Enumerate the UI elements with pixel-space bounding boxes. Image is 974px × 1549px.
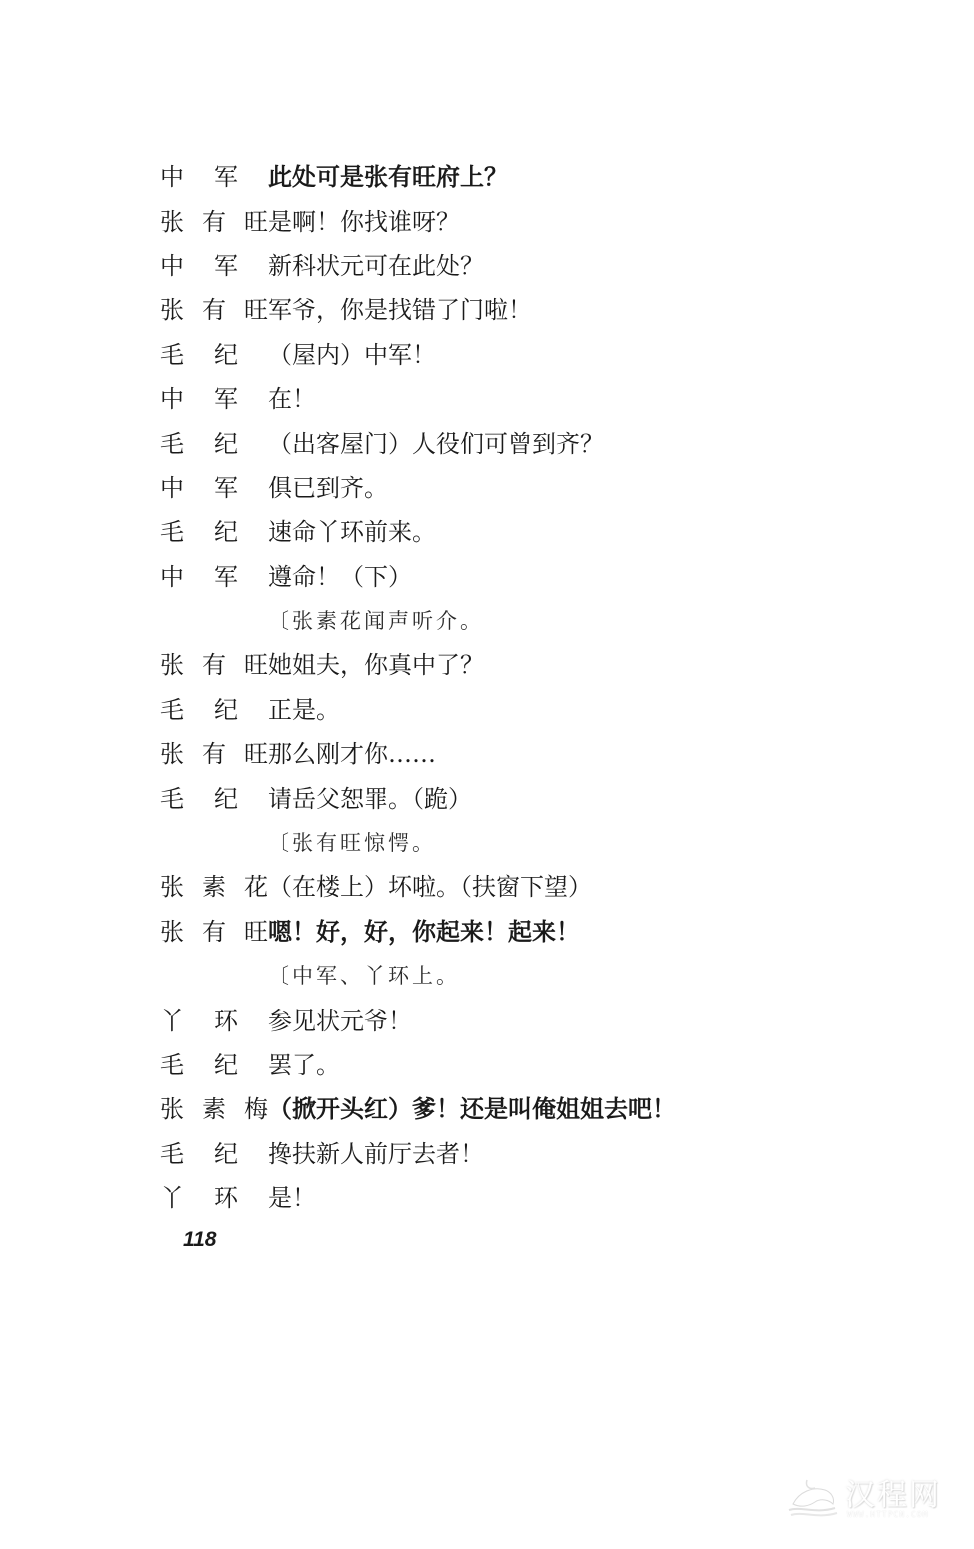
speech-text: 她姐夫，你真中了？ xyxy=(268,653,780,677)
speech-text: 新科状元可在此处？ xyxy=(268,254,780,278)
page-number: 118 xyxy=(183,1228,216,1252)
speaker-char: 纪 xyxy=(214,698,238,722)
speech-text: 此处可是张有旺府上？ xyxy=(268,165,780,189)
speaker-char: 纪 xyxy=(214,520,238,544)
watermark: 汉程网 WWW.HTTPCN.COM xyxy=(785,1470,970,1530)
speaker-name: 张有旺 xyxy=(160,210,268,234)
speaker-char: 梅 xyxy=(244,1097,268,1121)
speaker-name: 中军 xyxy=(160,254,268,278)
speaker-name: 中军 xyxy=(160,565,268,589)
speech-text: 遵命！（下） xyxy=(268,565,780,589)
speaker-name: 丫环 xyxy=(160,1009,268,1033)
speaker-name: 毛纪 xyxy=(160,698,268,722)
stage-direction-text: 〔张素花闻声听介。 xyxy=(160,611,484,632)
speech-text: （在楼上）坏啦。（扶窗下望） xyxy=(268,875,780,899)
speaker-char: 中 xyxy=(160,387,184,411)
speech-text: 罢了。 xyxy=(268,1053,780,1077)
speaker-name: 毛纪 xyxy=(160,787,268,811)
speaker-char: 素 xyxy=(202,1097,226,1121)
dialogue-line: 毛纪速命丫环前来。 xyxy=(160,510,780,554)
speaker-char: 纪 xyxy=(214,1142,238,1166)
speaker-char: 毛 xyxy=(160,698,184,722)
speech-text: 正是。 xyxy=(268,698,780,722)
speaker-name: 丫环 xyxy=(160,1186,268,1210)
stage-direction: 〔张素花闻声听介。 xyxy=(160,599,780,643)
watermark-url: WWW.HTTPCN.COM xyxy=(847,1510,928,1519)
speaker-name: 毛纪 xyxy=(160,343,268,367)
stage-direction-text: 〔张有旺惊愕。 xyxy=(160,833,436,854)
dialogue-line: 中军新科状元可在此处？ xyxy=(160,244,780,288)
speech-text: 是！ xyxy=(268,1186,780,1210)
stage-direction: 〔中军、丫环上。 xyxy=(160,954,780,998)
dialogue-line: 中军在！ xyxy=(160,377,780,421)
speech-text: 请岳父恕罪。（跪） xyxy=(268,787,780,811)
stage-direction-text: 〔中军、丫环上。 xyxy=(160,966,460,987)
speaker-char: 军 xyxy=(214,165,238,189)
speaker-char: 军 xyxy=(214,565,238,589)
speaker-char: 旺 xyxy=(244,653,268,677)
speaker-char: 张 xyxy=(160,653,184,677)
watermark-title: 汉程网 xyxy=(845,1470,941,1514)
speaker-char: 张 xyxy=(160,920,184,944)
speaker-name: 中军 xyxy=(160,165,268,189)
speech-text: 那么刚才你…… xyxy=(268,742,780,766)
speech-text: （出客屋门）人役们可曾到齐？ xyxy=(268,432,780,456)
speaker-char: 有 xyxy=(202,920,226,944)
speaker-char: 中 xyxy=(160,476,184,500)
speaker-char: 毛 xyxy=(160,1142,184,1166)
dialogue-line: 毛纪（出客屋门）人役们可曾到齐？ xyxy=(160,421,780,465)
speech-text: 俱已到齐。 xyxy=(268,476,780,500)
speech-text: 在！ xyxy=(268,387,780,411)
book-page: 中军此处可是张有旺府上？张有旺是啊！你找谁呀？中军新科状元可在此处？张有旺军爷，… xyxy=(0,0,974,1549)
speaker-char: 旺 xyxy=(244,210,268,234)
speech-text: 军爷，你是找错了门啦！ xyxy=(268,298,780,322)
dialogue-line: 张有旺军爷，你是找错了门啦！ xyxy=(160,288,780,332)
dialogue-line: 张有旺嗯！好，好，你起来！起来！ xyxy=(160,910,780,954)
dialogue-line: 张素梅（掀开头红）爹！还是叫俺姐姐去吧！ xyxy=(160,1087,780,1131)
speaker-char: 有 xyxy=(202,653,226,677)
speaker-char: 有 xyxy=(202,742,226,766)
speech-text: （掀开头红）爹！还是叫俺姐姐去吧！ xyxy=(268,1097,780,1121)
speaker-char: 旺 xyxy=(244,920,268,944)
speech-text: 嗯！好，好，你起来！起来！ xyxy=(268,920,780,944)
speaker-char: 张 xyxy=(160,1097,184,1121)
speaker-char: 毛 xyxy=(160,520,184,544)
dialogue-line: 毛纪罢了。 xyxy=(160,1043,780,1087)
speaker-char: 旺 xyxy=(244,298,268,322)
dialogue-line: 张有旺是啊！你找谁呀？ xyxy=(160,199,780,243)
speaker-char: 军 xyxy=(214,476,238,500)
speaker-char: 毛 xyxy=(160,432,184,456)
speaker-char: 毛 xyxy=(160,1053,184,1077)
speaker-name: 张素梅 xyxy=(160,1097,268,1121)
speaker-name: 毛纪 xyxy=(160,432,268,456)
speaker-char: 张 xyxy=(160,875,184,899)
dialogue-line: 丫环参见状元爷！ xyxy=(160,998,780,1042)
speaker-name: 张有旺 xyxy=(160,742,268,766)
speaker-name: 中军 xyxy=(160,387,268,411)
dialogue-line: 毛纪请岳父恕罪。（跪） xyxy=(160,776,780,820)
speaker-char: 丫 xyxy=(160,1009,184,1033)
dialogue-line: 丫环是！ xyxy=(160,1176,780,1220)
speaker-char: 张 xyxy=(160,742,184,766)
speaker-char: 中 xyxy=(160,565,184,589)
dialogue-line: 毛纪（屋内）中军！ xyxy=(160,333,780,377)
speaker-char: 素 xyxy=(202,875,226,899)
speaker-char: 军 xyxy=(214,387,238,411)
speaker-name: 毛纪 xyxy=(160,1142,268,1166)
speaker-char: 环 xyxy=(214,1186,238,1210)
stage-direction: 〔张有旺惊愕。 xyxy=(160,821,780,865)
speaker-name: 张有旺 xyxy=(160,653,268,677)
speaker-name: 中军 xyxy=(160,476,268,500)
speech-text: 参见状元爷！ xyxy=(268,1009,780,1033)
dialogue-line: 张素花（在楼上）坏啦。（扶窗下望） xyxy=(160,865,780,909)
dialogue-line: 张有旺她姐夫，你真中了？ xyxy=(160,643,780,687)
speaker-name: 张有旺 xyxy=(160,920,268,944)
speaker-name: 毛纪 xyxy=(160,1053,268,1077)
dialogue-line: 中军遵命！（下） xyxy=(160,555,780,599)
dialogue-line: 中军俱已到齐。 xyxy=(160,466,780,510)
speech-text: 是啊！你找谁呀？ xyxy=(268,210,780,234)
speech-text: （屋内）中军！ xyxy=(268,343,780,367)
speaker-char: 花 xyxy=(244,875,268,899)
speaker-char: 军 xyxy=(214,254,238,278)
dialogue-line: 张有旺那么刚才你…… xyxy=(160,732,780,776)
speaker-char: 纪 xyxy=(214,787,238,811)
speaker-char: 中 xyxy=(160,165,184,189)
dialogue-line: 毛纪搀扶新人前厅去者！ xyxy=(160,1132,780,1176)
speaker-name: 张有旺 xyxy=(160,298,268,322)
speaker-char: 纪 xyxy=(214,343,238,367)
speech-text: 搀扶新人前厅去者！ xyxy=(268,1142,780,1166)
speaker-char: 纪 xyxy=(214,432,238,456)
speaker-char: 张 xyxy=(160,210,184,234)
speaker-char: 丫 xyxy=(160,1186,184,1210)
speaker-char: 有 xyxy=(202,298,226,322)
speaker-name: 毛纪 xyxy=(160,520,268,544)
speaker-name: 张素花 xyxy=(160,875,268,899)
speaker-char: 张 xyxy=(160,298,184,322)
speaker-char: 有 xyxy=(202,210,226,234)
speaker-char: 纪 xyxy=(214,1053,238,1077)
dialogue-line: 中军此处可是张有旺府上？ xyxy=(160,155,780,199)
speaker-char: 毛 xyxy=(160,787,184,811)
speaker-char: 环 xyxy=(214,1009,238,1033)
dragon-logo-icon xyxy=(785,1474,840,1519)
dialogue-line: 毛纪正是。 xyxy=(160,688,780,732)
speaker-char: 毛 xyxy=(160,343,184,367)
speaker-char: 旺 xyxy=(244,742,268,766)
speaker-char: 中 xyxy=(160,254,184,278)
speech-text: 速命丫环前来。 xyxy=(268,520,780,544)
script-body: 中军此处可是张有旺府上？张有旺是啊！你找谁呀？中军新科状元可在此处？张有旺军爷，… xyxy=(160,155,780,1220)
